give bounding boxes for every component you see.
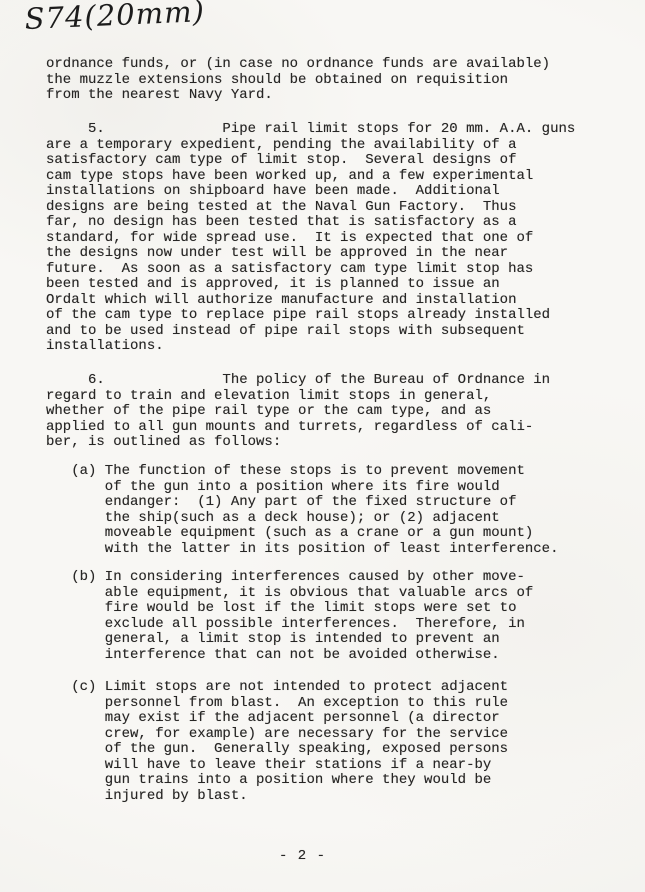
list-item-a: (a) The function of these stops is to pr… [46, 464, 558, 557]
paragraph-6: 6. The policy of the Bureau of Ordnance … [46, 373, 550, 451]
document-page: S74(20mm) ordnance funds, or (in case no… [0, 0, 645, 892]
page-number: - 2 - [279, 848, 326, 864]
paragraph-5: 5. Pipe rail limit stops for 20 mm. A.A.… [46, 122, 575, 355]
list-item-c: (c) Limit stops are not intended to prot… [46, 680, 508, 804]
paragraph-intro-continuation: ordnance funds, or (in case no ordnance … [46, 57, 550, 104]
handwritten-annotation: S74(20mm) [24, 0, 206, 36]
list-item-b: (b) In considering interferences caused … [46, 570, 533, 663]
